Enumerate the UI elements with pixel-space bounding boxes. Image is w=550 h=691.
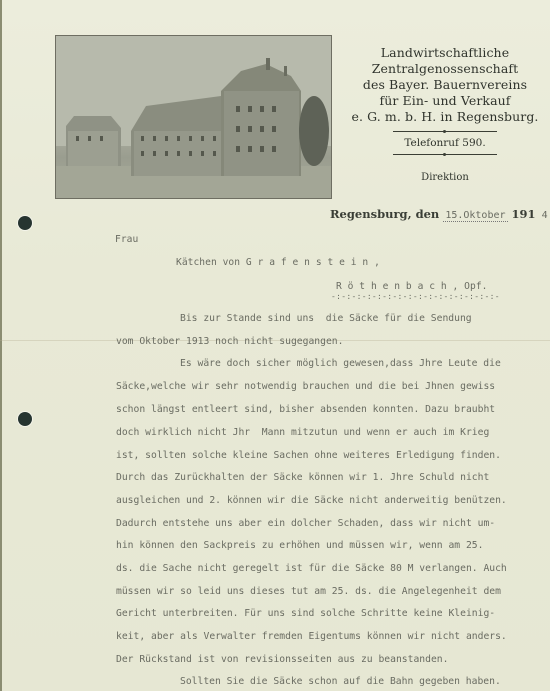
letterhead-line: e. G. m. b. H. in Regensburg. xyxy=(345,109,545,125)
body-line: Bis zur Stande sind uns die Säcke für di… xyxy=(180,313,472,324)
body-line: ds. die Sache nicht geregelt ist für die… xyxy=(116,563,507,574)
divider xyxy=(393,131,497,132)
letter-page: Landwirtschaftliche Zentralgenossenschaf… xyxy=(0,0,550,691)
letterhead-line: Landwirtschaftliche xyxy=(345,45,545,61)
body-line: Durch das Zurückhalten der Säcke können … xyxy=(116,472,489,483)
date-place: Regensburg, den xyxy=(330,207,439,221)
body-line: Sollten Sie die Säcke schon auf die Bahn… xyxy=(180,676,501,687)
body-line: vom Oktober 1913 noch nicht sugegangen. xyxy=(116,336,343,347)
date-day-month: 15.Oktober xyxy=(443,210,507,222)
letterhead-line: für Ein- und Verkauf xyxy=(345,93,545,109)
building-photo xyxy=(55,35,332,199)
date-year-suffix: 4. xyxy=(540,210,550,221)
telephone: Telefonruf 590. xyxy=(345,137,545,149)
body-line: Gericht unterbreiten. Für uns sind solch… xyxy=(116,608,495,619)
body-line: ausgleichen und 2. können wir die Säcke … xyxy=(116,495,507,506)
building-illustration xyxy=(56,36,331,198)
department: Direktion xyxy=(345,172,545,183)
body-line: hin können den Sackpreis zu erhöhen und … xyxy=(116,540,483,551)
body-line: müssen wir so leid uns dieses tut am 25.… xyxy=(116,586,501,597)
divider xyxy=(393,154,497,155)
recipient-location: R ö t h e n b a c h , Opf. xyxy=(336,281,487,292)
punch-hole-bottom xyxy=(18,412,32,426)
location-underline: -:-:-:-:-:-:-:-:-:-:-:-:-:-:-:-:- xyxy=(331,292,500,301)
salutation: Frau xyxy=(115,234,138,245)
letterhead-line: des Bayer. Bauernvereins xyxy=(345,77,545,93)
body-line: Dadurch entstehe uns aber ein dolcher Sc… xyxy=(116,518,495,529)
date-year-prefix: 191 xyxy=(512,207,536,221)
recipient-name: Kätchen von G r a f e n s t e i n , xyxy=(176,257,380,268)
body-line: Der Rückstand ist von revisionsseiten au… xyxy=(116,654,448,665)
letterhead: Landwirtschaftliche Zentralgenossenschaf… xyxy=(345,45,545,183)
body-line: ist, sollten solche kleine Sachen ohne w… xyxy=(116,450,501,461)
body-line: Es wäre doch sicher möglich gewesen,dass… xyxy=(180,358,501,369)
body-line: doch wirklich nicht Jhr Mann mitzutun un… xyxy=(116,427,489,438)
date-line: Regensburg, den 15.Oktober 191 4. xyxy=(330,207,550,221)
body-line: Säcke,welche wir sehr notwendig brauchen… xyxy=(116,381,495,392)
body-line: schon längst entleert sind, bisher absen… xyxy=(116,404,495,415)
paper-edge xyxy=(0,0,2,691)
punch-hole-top xyxy=(18,216,32,230)
body-line: keit, aber als Verwalter fremden Eigentu… xyxy=(116,631,507,642)
letterhead-line: Zentralgenossenschaft xyxy=(345,61,545,77)
